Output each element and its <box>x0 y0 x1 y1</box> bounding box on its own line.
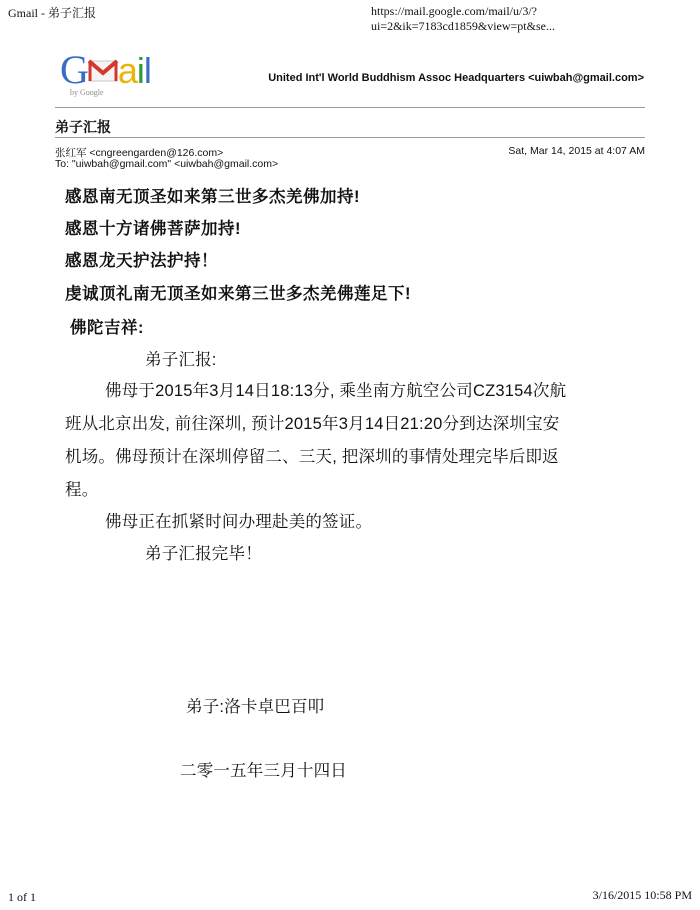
print-timestamp: 3/16/2015 10:58 PM <box>593 888 692 903</box>
blessing-line-2: 感恩十方诸佛菩萨加持! <box>65 215 241 239</box>
gmail-logo: Gail by Google <box>60 50 160 102</box>
page-number: 1 of 1 <box>8 890 36 905</box>
logo-byline: by Google <box>70 88 104 97</box>
account-label: United Int'l World Buddhism Assoc Headqu… <box>268 72 644 84</box>
blessing-line-3: 感恩龙天护法护持！ <box>65 247 218 271</box>
paragraph-1-line-4: 程。 <box>65 476 98 500</box>
sent-date: Sat, Mar 14, 2015 at 4:07 AM <box>508 145 645 157</box>
paragraph-1-line-1: 佛母于2015年3月14日18:13分, 乘坐南方航空公司CZ3154次航 <box>105 377 566 401</box>
envelope-m-icon <box>88 50 118 72</box>
signature-date: 二零一五年三月十四日 <box>180 757 347 781</box>
logo-letter-g: G <box>60 47 88 92</box>
paragraph-1-line-2: 班从北京出发, 前往深圳, 预计2015年3月14日21:20分到达深圳宝安 <box>65 410 559 434</box>
closing: 弟子汇报完毕！ <box>145 540 262 564</box>
email-subject: 弟子汇报 <box>55 117 111 137</box>
paragraph-1-line-3: 机场。佛母预计在深圳停留二、三天, 把深圳的事情处理完毕后即返 <box>65 443 559 467</box>
logo-letter-l: l <box>144 50 151 91</box>
print-page-url: https://mail.google.com/mail/u/3/?ui=2&i… <box>371 4 700 34</box>
header-divider <box>55 107 645 108</box>
paragraph-2: 佛母正在抓紧时间办理赴美的签证。 <box>105 508 372 532</box>
blessing-line-1: 感恩南无顶圣如来第三世多杰羌佛加持! <box>65 183 360 207</box>
subject-divider <box>55 137 645 138</box>
print-page-title: Gmail - 弟子汇报 <box>8 4 96 21</box>
blessing-line-4: 虔诚顶礼南无顶圣如来第三世多杰羌佛莲足下! <box>65 280 411 304</box>
logo-letter-i: i <box>137 50 144 91</box>
signature: 弟子:洛卡卓巴百叩 <box>186 693 324 717</box>
recipient: To: "uiwbah@gmail.com" <uiwbah@gmail.com… <box>55 158 278 170</box>
report-intro: 弟子汇报: <box>145 346 217 370</box>
logo-letter-a: a <box>118 50 137 91</box>
greeting: 佛陀吉祥: <box>70 314 144 338</box>
